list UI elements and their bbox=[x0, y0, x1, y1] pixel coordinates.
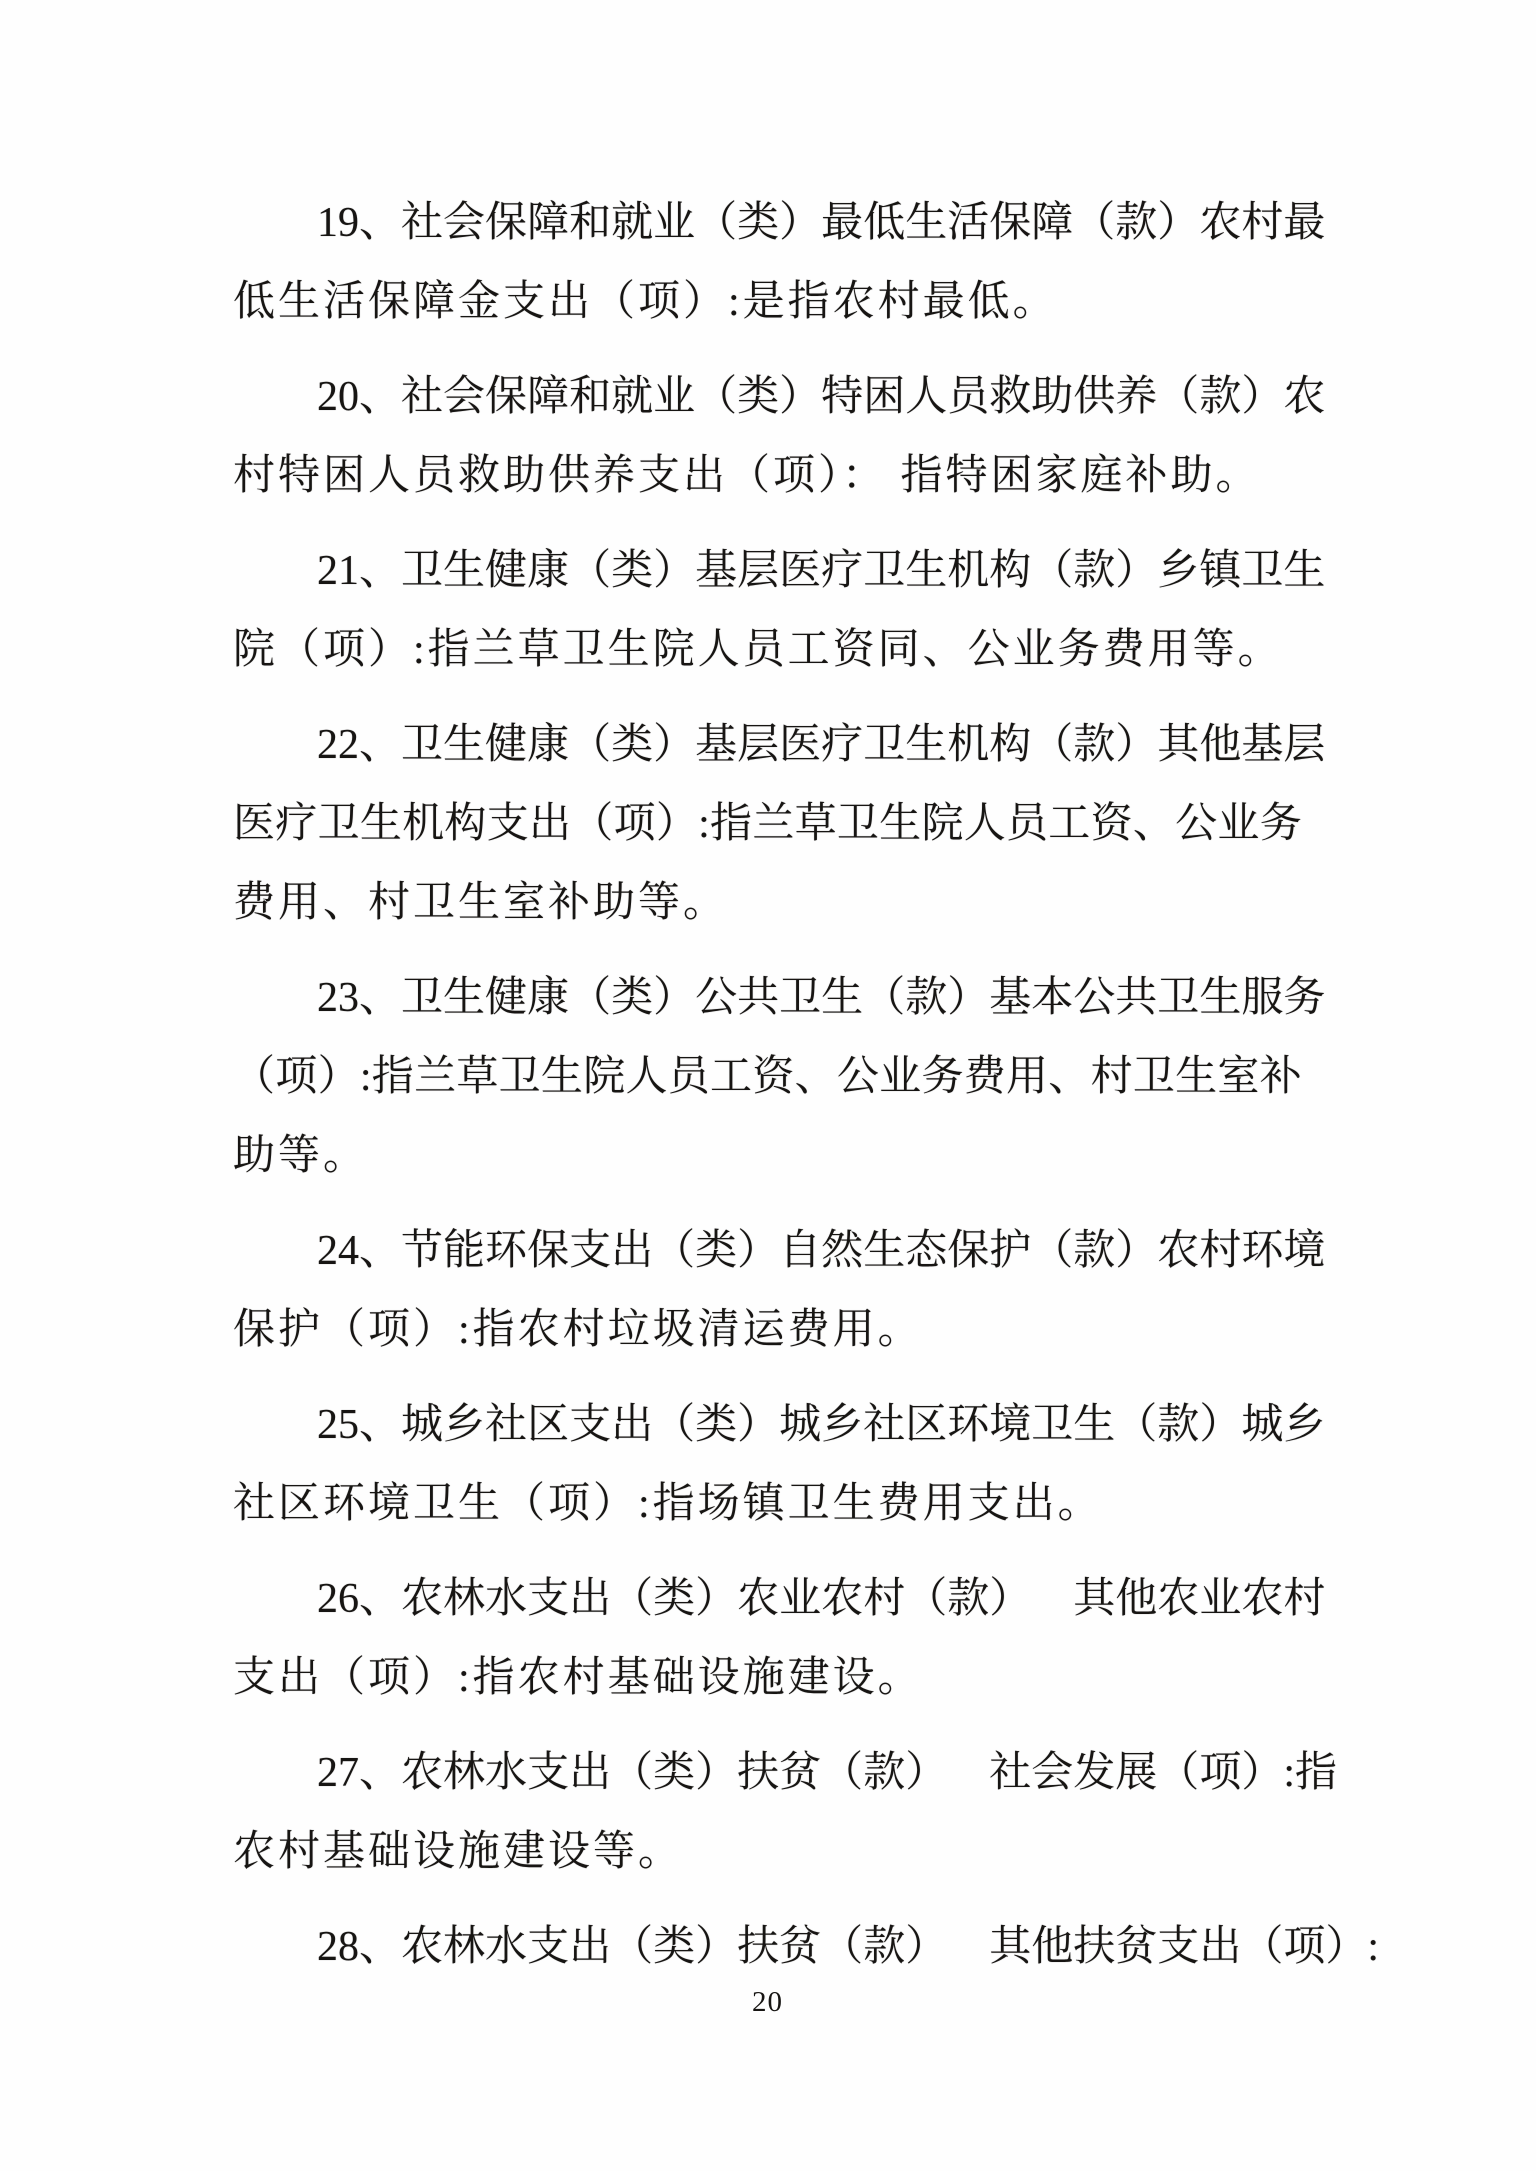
text-line: 19、社会保障和就业（类）最低生活保障（款）农村最 bbox=[233, 184, 1302, 263]
text-line: 保护（项）:指农村垃圾清运费用。 bbox=[233, 1291, 1302, 1370]
text-line: 26、农林水支出（类）农业农村（款） 其他农业农村 bbox=[233, 1560, 1302, 1639]
text-line: 低生活保障金支出（项）:是指农村最低。 bbox=[233, 263, 1302, 342]
text-line: 28、农林水支出（类）扶贫（款） 其他扶贫支出（项）: bbox=[233, 1908, 1302, 1987]
paragraph: 25、城乡社区支出（类）城乡社区环境卫生（款）城乡社区环境卫生（项）:指场镇卫生… bbox=[233, 1386, 1302, 1544]
paragraph: 28、农林水支出（类）扶贫（款） 其他扶贫支出（项）: bbox=[233, 1908, 1302, 1987]
paragraph: 27、农林水支出（类）扶贫（款） 社会发展（项）:指农村基础设施建设等。 bbox=[233, 1734, 1302, 1892]
text-line: 21、卫生健康（类）基层医疗卫生机构（款）乡镇卫生 bbox=[233, 532, 1302, 611]
paragraph: 22、卫生健康（类）基层医疗卫生机构（款）其他基层医疗卫生机构支出（项）:指兰草… bbox=[233, 706, 1302, 943]
text-line: 村特困人员救助供养支出（项）： 指特困家庭补助。 bbox=[233, 437, 1302, 516]
text-line: 医疗卫生机构支出（项）:指兰草卫生院人员工资、公业务 bbox=[233, 785, 1302, 864]
text-line: 院（项）:指兰草卫生院人员工资同、公业务费用等。 bbox=[233, 611, 1302, 690]
text-line: 费用、村卫生室补助等。 bbox=[233, 864, 1302, 943]
paragraph: 19、社会保障和就业（类）最低生活保障（款）农村最低生活保障金支出（项）:是指农… bbox=[233, 184, 1302, 342]
text-line: 农村基础设施建设等。 bbox=[233, 1813, 1302, 1892]
text-line: 27、农林水支出（类）扶贫（款） 社会发展（项）:指 bbox=[233, 1734, 1302, 1813]
text-line: 22、卫生健康（类）基层医疗卫生机构（款）其他基层 bbox=[233, 706, 1302, 785]
paragraph: 20、社会保障和就业（类）特困人员救助供养（款）农村特困人员救助供养支出（项）：… bbox=[233, 358, 1302, 516]
text-line: 助等。 bbox=[233, 1117, 1302, 1196]
paragraphs: 19、社会保障和就业（类）最低生活保障（款）农村最低生活保障金支出（项）:是指农… bbox=[233, 184, 1302, 2003]
text-line: 社区环境卫生（项）:指场镇卫生费用支出。 bbox=[233, 1465, 1302, 1544]
paragraph: 23、卫生健康（类）公共卫生（款）基本公共卫生服务（项）:指兰草卫生院人员工资、… bbox=[233, 959, 1302, 1196]
paragraph: 24、节能环保支出（类）自然生态保护（款）农村环境保护（项）:指农村垃圾清运费用… bbox=[233, 1212, 1302, 1370]
text-line: 支出（项）:指农村基础设施建设。 bbox=[233, 1639, 1302, 1718]
text-line: 23、卫生健康（类）公共卫生（款）基本公共卫生服务 bbox=[233, 959, 1302, 1038]
text-line: 25、城乡社区支出（类）城乡社区环境卫生（款）城乡 bbox=[233, 1386, 1302, 1465]
paragraph: 21、卫生健康（类）基层医疗卫生机构（款）乡镇卫生院（项）:指兰草卫生院人员工资… bbox=[233, 532, 1302, 690]
page-number: 20 bbox=[233, 1986, 1302, 2018]
text-line: （项）:指兰草卫生院人员工资、公业务费用、村卫生室补 bbox=[233, 1038, 1302, 1117]
document-page: 19、社会保障和就业（类）最低生活保障（款）农村最低生活保障金支出（项）:是指农… bbox=[0, 0, 1536, 2171]
text-line: 24、节能环保支出（类）自然生态保护（款）农村环境 bbox=[233, 1212, 1302, 1291]
paragraph: 26、农林水支出（类）农业农村（款） 其他农业农村支出（项）:指农村基础设施建设… bbox=[233, 1560, 1302, 1718]
text-line: 20、社会保障和就业（类）特困人员救助供养（款）农 bbox=[233, 358, 1302, 437]
